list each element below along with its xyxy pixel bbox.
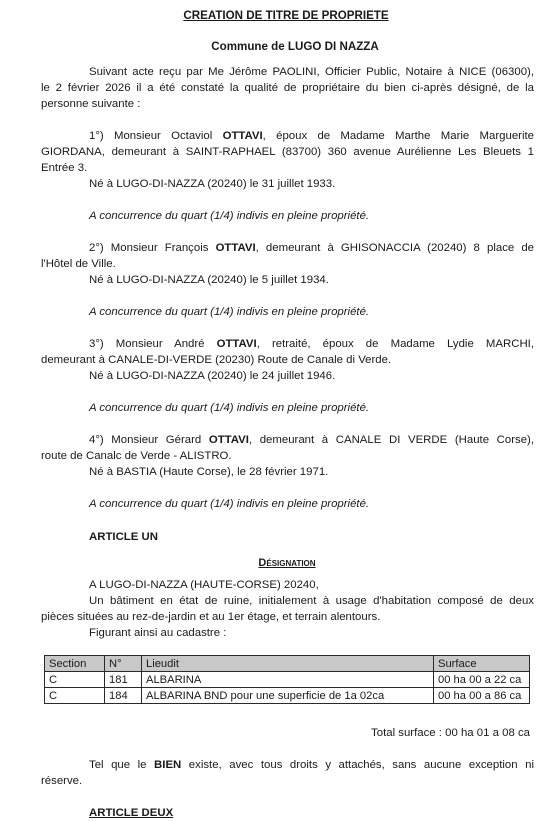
- table-header-row: Section N° Lieudit Surface: [45, 656, 530, 672]
- cell-surface: 00 ha 00 a 22 ca: [434, 672, 530, 688]
- person-1-share: A concurrence du quart (1/4) indivis en …: [89, 208, 369, 224]
- person-4-surname: OTTAVI: [209, 434, 249, 446]
- document-title: CREATION DE TITRE DE PROPRIETE: [0, 8, 560, 24]
- table-row: C 181 ALBARINA 00 ha 00 a 22 ca: [45, 672, 530, 688]
- column-header-surface: Surface: [434, 656, 530, 672]
- total-surface: Total surface : 00 ha 01 a 08 ca: [371, 725, 530, 741]
- person-3-birth: Né à LUGO-DI-NAZZA (20240) le 24 juillet…: [89, 368, 335, 384]
- person-1-surname: OTTAVI: [223, 130, 263, 142]
- cell-section: C: [45, 688, 105, 704]
- cell-lieudit: ALBARINA BND pour une superficie de 1a 0…: [142, 688, 434, 704]
- person-3-line-1: 3°) Monsieur André OTTAVI, retraité, épo…: [89, 336, 534, 352]
- intro-line-3: personne suivante :: [41, 96, 140, 112]
- property-description-line-1: Un bâtiment en état de ruine, initialeme…: [89, 593, 534, 609]
- person-2-birth: Né à LUGO-DI-NAZZA (20240) le 5 juillet …: [89, 272, 329, 288]
- person-3-surname: OTTAVI: [217, 338, 257, 350]
- cell-number: 184: [105, 688, 142, 704]
- person-2-surname: OTTAVI: [216, 242, 256, 254]
- bien-keyword: BIEN: [154, 759, 181, 771]
- person-4-share: A concurrence du quart (1/4) indivis en …: [89, 496, 369, 512]
- bien-line-1: Tel que le BIEN existe, avec tous droits…: [89, 757, 534, 773]
- person-2-line-2: l'Hôtel de Ville.: [41, 256, 116, 272]
- cell-lieudit: ALBARINA: [142, 672, 434, 688]
- table-row: C 184 ALBARINA BND pour une superficie d…: [45, 688, 530, 704]
- commune-heading: Commune de LUGO DI NAZZA: [0, 39, 560, 55]
- cell-section: C: [45, 672, 105, 688]
- cadastre-intro: Figurant ainsi au cadastre :: [89, 625, 226, 641]
- designation-heading: Désignation: [0, 555, 560, 571]
- intro-line-2: le 2 février 2026 il a été constaté la q…: [41, 80, 534, 96]
- property-description-line-2: pièces situées au rez-de-jardin et au 1e…: [41, 609, 380, 625]
- property-location: A LUGO-DI-NAZZA (HAUTE-CORSE) 20240,: [89, 577, 319, 593]
- bien-line-2: réserve.: [41, 773, 82, 789]
- person-2-share: A concurrence du quart (1/4) indivis en …: [89, 304, 369, 320]
- person-1-line-1: 1°) Monsieur Octaviol OTTAVI, époux de M…: [89, 128, 534, 144]
- article-un-heading: ARTICLE UN: [89, 529, 158, 545]
- cell-surface: 00 ha 00 a 86 ca: [434, 688, 530, 704]
- article-deux-heading: ARTICLE DEUX: [89, 805, 173, 821]
- intro-line-1: Suivant acte reçu par Me Jérôme PAOLINI,…: [89, 64, 534, 80]
- person-3-share: A concurrence du quart (1/4) indivis en …: [89, 400, 369, 416]
- person-4-line-2: route de Canalc de Verde - ALISTRO.: [41, 448, 232, 464]
- person-4-birth: Né à BASTIA (Haute Corse), le 28 février…: [89, 464, 328, 480]
- person-1-line-2: GIORDANA, demeurant à SAINT-RAPHAEL (837…: [41, 144, 534, 160]
- person-1-birth: Né à LUGO-DI-NAZZA (20240) le 31 juillet…: [89, 176, 335, 192]
- document-page: CREATION DE TITRE DE PROPRIETE Commune d…: [0, 0, 560, 821]
- cell-number: 181: [105, 672, 142, 688]
- column-header-lieudit: Lieudit: [142, 656, 434, 672]
- column-header-number: N°: [105, 656, 142, 672]
- person-2-line-1: 2°) Monsieur François OTTAVI, demeurant …: [89, 240, 534, 256]
- column-header-section: Section: [45, 656, 105, 672]
- cadastre-table: Section N° Lieudit Surface C 181 ALBARIN…: [44, 655, 530, 704]
- person-3-line-2: demeurant à CANALE-DI-VERDE (20230) Rout…: [41, 352, 391, 368]
- person-1-line-3: Entrée 3.: [41, 160, 87, 176]
- person-4-line-1: 4°) Monsieur Gérard OTTAVI, demeurant à …: [89, 432, 534, 448]
